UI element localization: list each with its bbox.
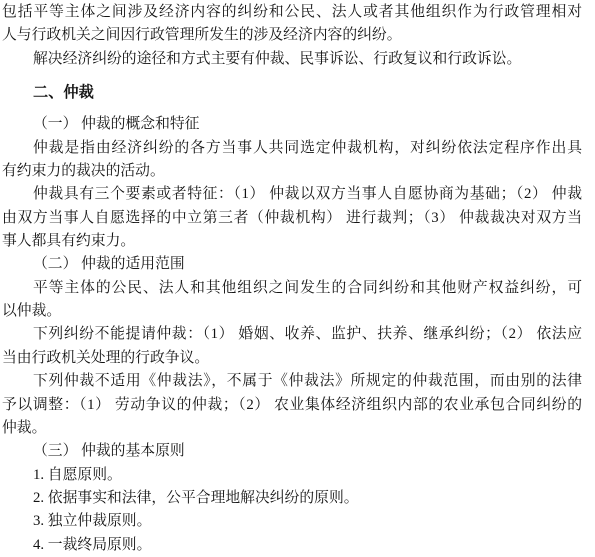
document-page: 包括平等主体之间涉及经济内容的纠纷和公民、法人或者其他组织作为行政管理相对人与行… — [0, 0, 595, 557]
text-line: 以仲裁。 — [2, 300, 582, 323]
text-line: 仲裁是指由经济纠纷的各方当事人共同选定仲裁机构，对纠纷依法定程序作出具 — [2, 137, 582, 160]
text-line: 下列纠纷不能提请仲裁：（1） 婚姻、收养、监护、扶养、继承纠纷；（2） 依法应 — [2, 323, 582, 346]
text-line: 包括平等主体之间涉及经济内容的纠纷和公民、法人或者其他组织作为行政管理相对 — [2, 1, 582, 24]
list-item: 3. 独立仲裁原则。 — [2, 510, 582, 533]
list-item: 2. 依据事实和法律，公平合理地解决纠纷的原则。 — [2, 487, 582, 510]
text-line: （二） 仲裁的适用范围 — [2, 253, 582, 276]
text-line: 平等主体的公民、法人和其他组织之间发生的合同纠纷和其他财产权益纠纷，可 — [2, 277, 582, 300]
text-line: 予以调整：（1） 劳动争议的仲裁；（2） 农业集体经济组织内部的农业承包合同纠纷… — [2, 394, 582, 417]
list-item: 1. 自愿原则。 — [2, 464, 582, 487]
text-line: 有约束力的裁决的活动。 — [2, 160, 582, 183]
text-line: 仲裁具有三个要素或者特征：（1） 仲裁以双方当事人自愿协商为基础；（2） 仲裁 — [2, 183, 582, 206]
text-line: 仲裁。 — [2, 417, 582, 440]
list-item: 4. 一裁终局原则。 — [2, 534, 582, 557]
text-line: 事人都具有约束力。 — [2, 230, 582, 253]
text-line: 当由行政机关处理的行政争议。 — [2, 347, 582, 370]
text-line: 解决经济纠纷的途径和方式主要有仲裁、民事诉讼、行政复议和行政诉讼。 — [2, 48, 582, 71]
text-line: 人与行政机关之间因行政管理所发生的涉及经济内容的纠纷。 — [2, 24, 582, 47]
text-line: （三） 仲裁的基本原则 — [2, 440, 582, 463]
text-line: 由双方当事人自愿选择的中立第三者（仲裁机构） 进行裁判；（3） 仲裁裁决对双方当 — [2, 207, 582, 230]
text-line: 下列仲裁不适用《仲裁法》，不属于《仲裁法》所规定的仲裁范围，而由别的法律 — [2, 370, 582, 393]
section-heading: 二、仲裁 — [2, 81, 582, 104]
text-line: （一） 仲裁的概念和特征 — [2, 113, 582, 136]
